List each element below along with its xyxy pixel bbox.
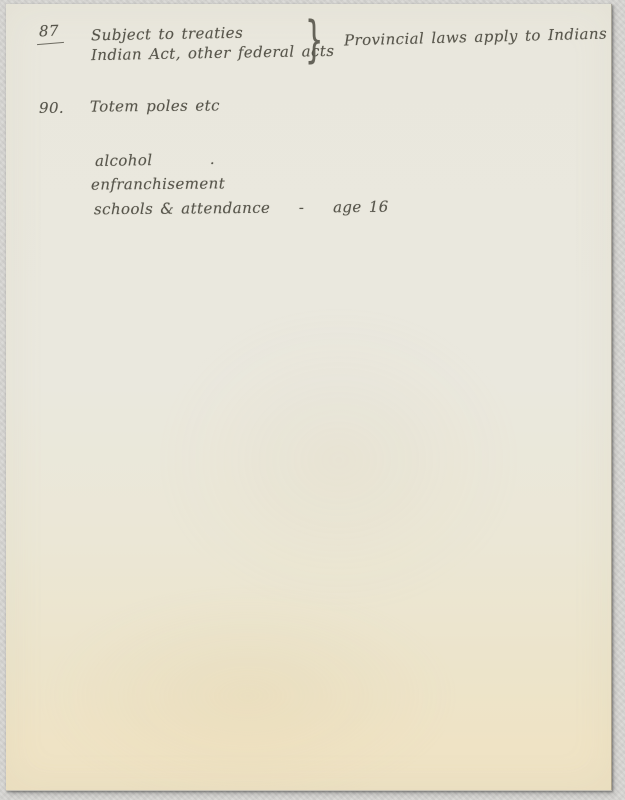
item-number-90: 90. — [39, 99, 64, 117]
note-90-item-enfranchisement: enfranchisement — [91, 174, 225, 193]
scanner-background: 87 Subject to treaties Indian Act, other… — [0, 0, 625, 800]
note-90-title: Totem poles etc — [90, 96, 220, 115]
underline-mark — [37, 42, 64, 45]
note-90-item-schools: schools & attendance - age 16 — [94, 198, 389, 219]
note-87-line-2: Indian Act, other federal acts — [91, 42, 335, 64]
note-87-line-1: Subject to treaties — [91, 24, 243, 45]
paper-page: 87 Subject to treaties Indian Act, other… — [6, 4, 612, 791]
item-number-87: 87 — [39, 22, 60, 41]
note-90-item-alcohol: alcohol . — [95, 150, 215, 170]
handwritten-brace: } — [305, 10, 323, 69]
note-87-annotation: Provincial laws apply to Indians — [344, 25, 607, 50]
